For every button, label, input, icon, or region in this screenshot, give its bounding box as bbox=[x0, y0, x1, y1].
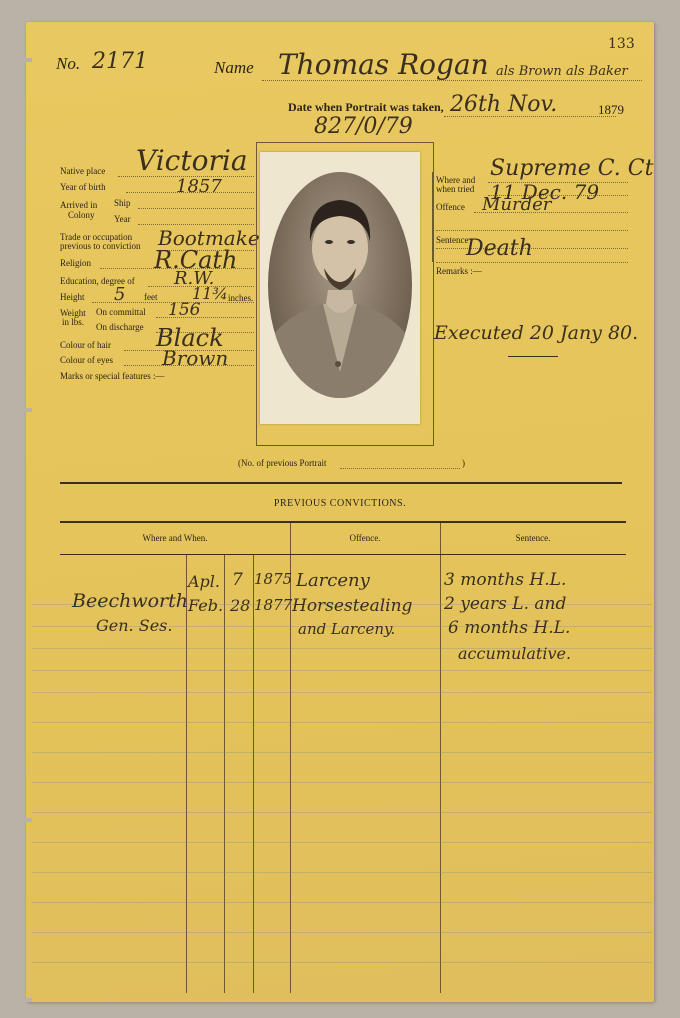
weight-committal-value: 156 bbox=[168, 300, 200, 320]
feet-label: feet bbox=[144, 292, 158, 302]
remarks-value: Executed 20 Jany 80. bbox=[434, 322, 638, 344]
offence-value: Murder bbox=[482, 194, 551, 215]
conviction-2-day: 28 bbox=[230, 596, 250, 615]
edge-tear bbox=[22, 998, 32, 1002]
in-lbs-label: in lbs. bbox=[62, 317, 84, 327]
height-label: Height bbox=[60, 292, 85, 302]
arrived-in-label: Arrived in bbox=[60, 200, 97, 210]
prisoner-aliases: als Brown als Baker bbox=[496, 64, 628, 79]
conviction-court: Gen. Ses. bbox=[96, 616, 172, 635]
conviction-1-day: 7 bbox=[232, 570, 243, 590]
prisoner-record-sheet: 133 No. 2171 Name Thomas Rogan als Brown… bbox=[26, 22, 654, 1002]
remarks-label: Remarks :— bbox=[436, 266, 482, 276]
ship-label: Ship bbox=[114, 198, 131, 208]
conviction-2-month: Feb. bbox=[188, 596, 223, 615]
conviction-1-month: Apl. bbox=[188, 572, 220, 591]
portrait-year: 1879 bbox=[598, 102, 624, 118]
where-tried-value: Supreme C. Ct bbox=[490, 156, 653, 181]
page-number: 133 bbox=[608, 36, 635, 52]
year-label: Year bbox=[114, 214, 131, 224]
portrait-figure-icon bbox=[268, 172, 412, 398]
header-where-when: Where and When. bbox=[60, 533, 290, 543]
record-no-label: No. bbox=[56, 54, 80, 74]
eyes-value: Brown bbox=[162, 346, 228, 370]
hair-label: Colour of hair bbox=[60, 340, 111, 350]
name-label: Name bbox=[214, 58, 254, 78]
previous-portrait-label: (No. of previous Portrait bbox=[238, 458, 326, 468]
conviction-sentence-line-3: 6 months H.L. bbox=[448, 618, 570, 638]
conviction-place: Beechworth bbox=[72, 590, 188, 612]
remarks-underline bbox=[508, 356, 558, 357]
conviction-offence-line-1: Larceny bbox=[296, 570, 370, 591]
year-of-birth-value: 1857 bbox=[176, 176, 222, 197]
previous-portrait-close: ) bbox=[462, 458, 465, 468]
conviction-1-year: 1875 bbox=[254, 570, 292, 588]
conviction-offence-line-3: and Larceny. bbox=[298, 620, 395, 638]
on-committal-label: On committal bbox=[96, 307, 146, 317]
portrait-date-label: Date when Portrait was taken, bbox=[288, 100, 444, 115]
native-place-label: Native place bbox=[60, 166, 105, 176]
trade-label-2: previous to conviction bbox=[60, 241, 141, 251]
edge-tear bbox=[22, 818, 32, 822]
height-feet-value: 5 bbox=[114, 284, 125, 305]
where-tried-label-2: when tried bbox=[436, 184, 474, 194]
portrait-card bbox=[260, 152, 420, 424]
sentence-value: Death bbox=[466, 236, 533, 261]
header-sentence: Sentence. bbox=[440, 533, 626, 543]
conviction-2-year: 1877 bbox=[254, 596, 292, 614]
offence-label: Offence bbox=[436, 202, 465, 212]
inches-label: inches. bbox=[228, 293, 253, 303]
conviction-sentence-line-1: 3 months H.L. bbox=[444, 570, 566, 590]
conviction-sentence-line-4: accumulative. bbox=[458, 644, 571, 663]
previous-convictions-title: PREVIOUS CONVICTIONS. bbox=[26, 498, 654, 509]
edge-tear bbox=[22, 408, 32, 412]
record-no: 2171 bbox=[92, 49, 148, 74]
native-place-value: Victoria bbox=[136, 144, 248, 177]
marks-label: Marks or special features :— bbox=[60, 371, 164, 381]
portrait-photo bbox=[268, 172, 412, 398]
header-offence: Offence. bbox=[290, 533, 440, 543]
prisoner-name: Thomas Rogan bbox=[278, 48, 489, 81]
reference-annotation: 827/0/79 bbox=[314, 114, 413, 139]
eyes-label: Colour of eyes bbox=[60, 355, 113, 365]
conviction-offence-line-2: Horsestealing bbox=[292, 596, 412, 616]
conviction-sentence-line-2: 2 years L. and bbox=[444, 594, 566, 614]
religion-label: Religion bbox=[60, 258, 91, 268]
colony-label: Colony bbox=[68, 210, 95, 220]
sentence-label: Sentence bbox=[436, 235, 468, 245]
on-discharge-label: On discharge bbox=[96, 322, 144, 332]
year-of-birth-label: Year of birth bbox=[60, 182, 106, 192]
portrait-date: 26th Nov. bbox=[450, 92, 557, 117]
edge-tear bbox=[22, 58, 32, 62]
